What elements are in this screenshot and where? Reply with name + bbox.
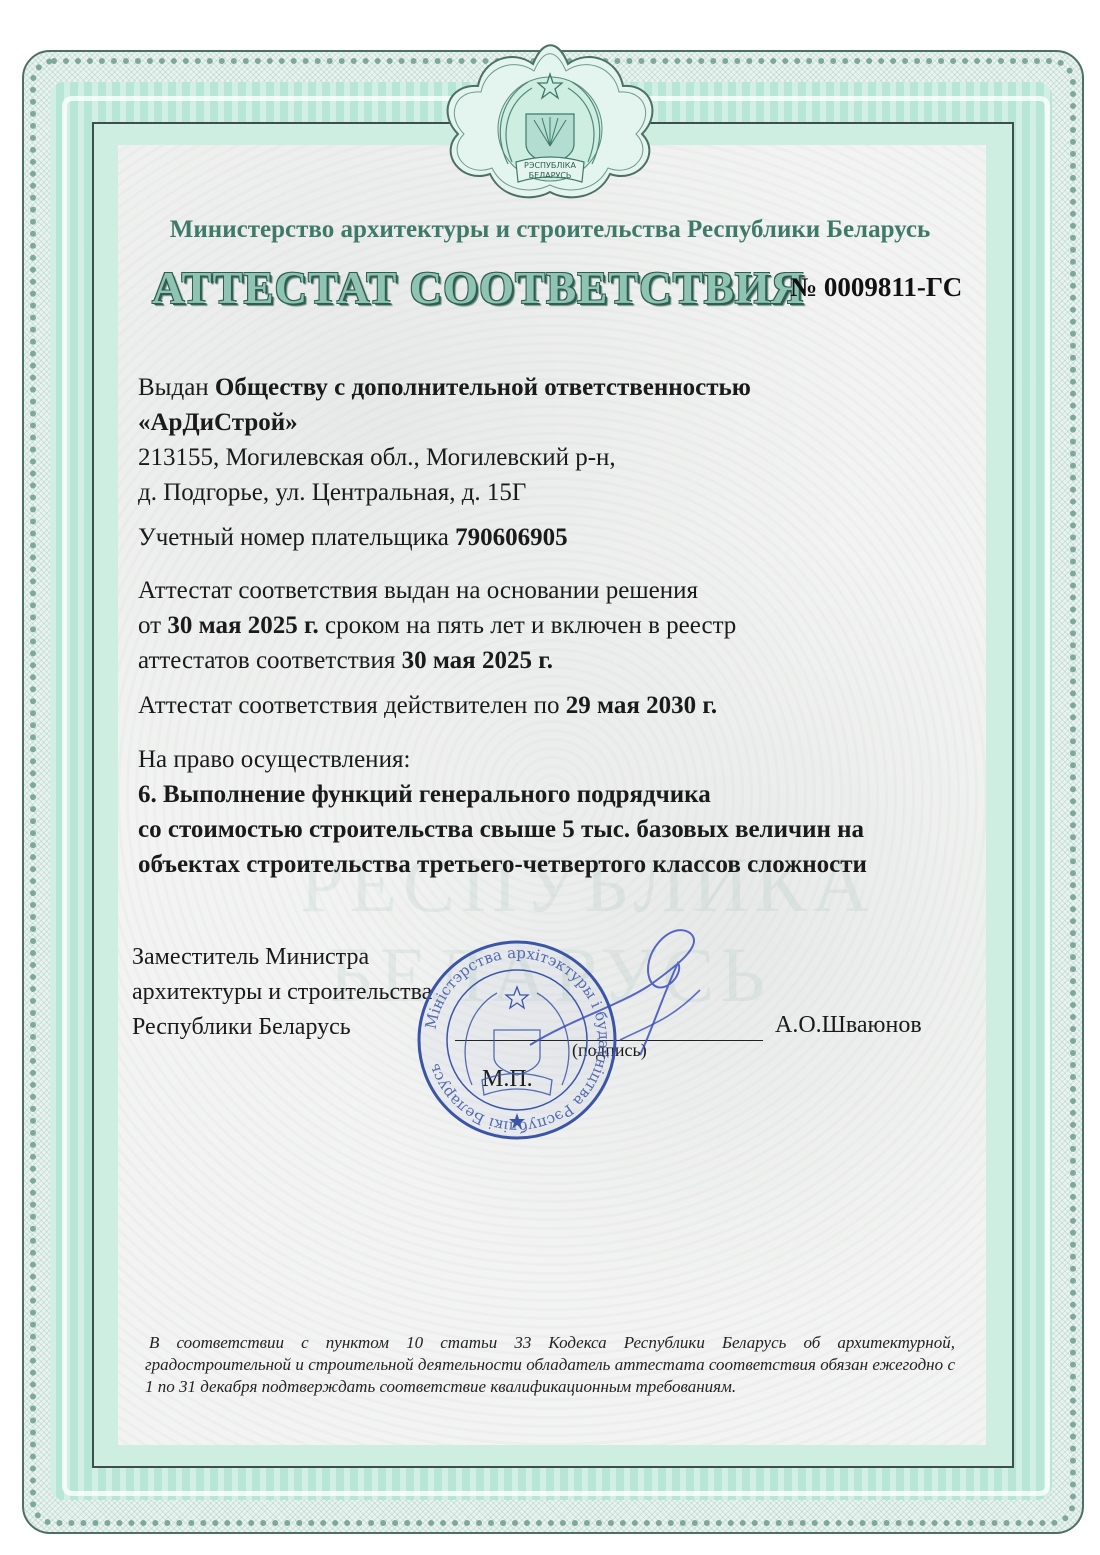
right-section: На право осуществления: 6. Выполнение фу…	[138, 742, 867, 882]
handwritten-signature	[500, 925, 720, 1065]
right-line2: со стоимостью строительства свыше 5 тыс.…	[138, 812, 867, 847]
validity-section: Аттестат соответствия действителен по 29…	[138, 688, 717, 723]
address-line2: д. Подгорье, ул. Центральная, д. 15Г	[138, 475, 751, 510]
position-line3: Республики Беларусь	[132, 1010, 432, 1045]
right-line1: 6. Выполнение функций генерального подря…	[138, 777, 867, 812]
position-line1: Заместитель Министра	[132, 940, 432, 975]
legal-footnote: В соответствии с пунктом 10 статьи 33 Ко…	[145, 1332, 955, 1398]
payer-number-label: Учетный номер плательщика	[138, 524, 455, 551]
organization-name-line2: «АрДиСтрой»	[138, 405, 751, 440]
validity-date: 29 мая 2030 г.	[566, 692, 717, 719]
right-label: На право осуществления:	[138, 742, 867, 777]
address-line1: 213155, Могилевская обл., Могилевский р-…	[138, 440, 751, 475]
svg-text:БЕЛАРУСЬ: БЕЛАРУСЬ	[529, 171, 572, 180]
basis-section: Аттестат соответствия выдан на основании…	[138, 573, 736, 678]
payer-number-value: 790606905	[455, 524, 568, 551]
document-title: АТТЕСТАТ СООТВЕТСТВИЯ	[152, 262, 804, 314]
issued-prefix: Выдан	[138, 374, 215, 401]
position-line2: архитектуры и строительства	[132, 975, 432, 1010]
basis-line2-prefix: от	[138, 612, 167, 639]
basis-line2-suffix: сроком на пять лет и включен в реестр	[319, 612, 737, 639]
organization-name-line1: Обществу с дополнительной ответственност…	[215, 374, 751, 401]
registry-date: 30 мая 2025 г.	[402, 647, 553, 674]
svg-text:РЭСПУБЛІКА: РЭСПУБЛІКА	[524, 161, 576, 170]
signatory-name: А.О.Шваюнов	[775, 1012, 922, 1039]
validity-label: Аттестат соответствия действителен по	[138, 692, 566, 719]
right-line3: объектах строительства третьего-четверто…	[138, 847, 867, 882]
basis-line1: Аттестат соответствия выдан на основании…	[138, 573, 736, 608]
signatory-position: Заместитель Министра архитектуры и строи…	[132, 940, 432, 1045]
belarus-coat-of-arms-icon: РЭСПУБЛІКА БЕЛАРУСЬ	[438, 34, 662, 202]
basis-line3-prefix: аттестатов соответствия	[138, 647, 402, 674]
payer-number-section: Учетный номер плательщика 790606905	[138, 520, 568, 555]
issued-to-section: Выдан Обществу с дополнительной ответств…	[138, 370, 751, 510]
certificate-number: № 0009811-ГС	[790, 272, 962, 303]
decision-date: 30 мая 2025 г.	[167, 612, 318, 639]
ministry-name: Министерство архитектуры и строительства…	[0, 216, 1100, 244]
